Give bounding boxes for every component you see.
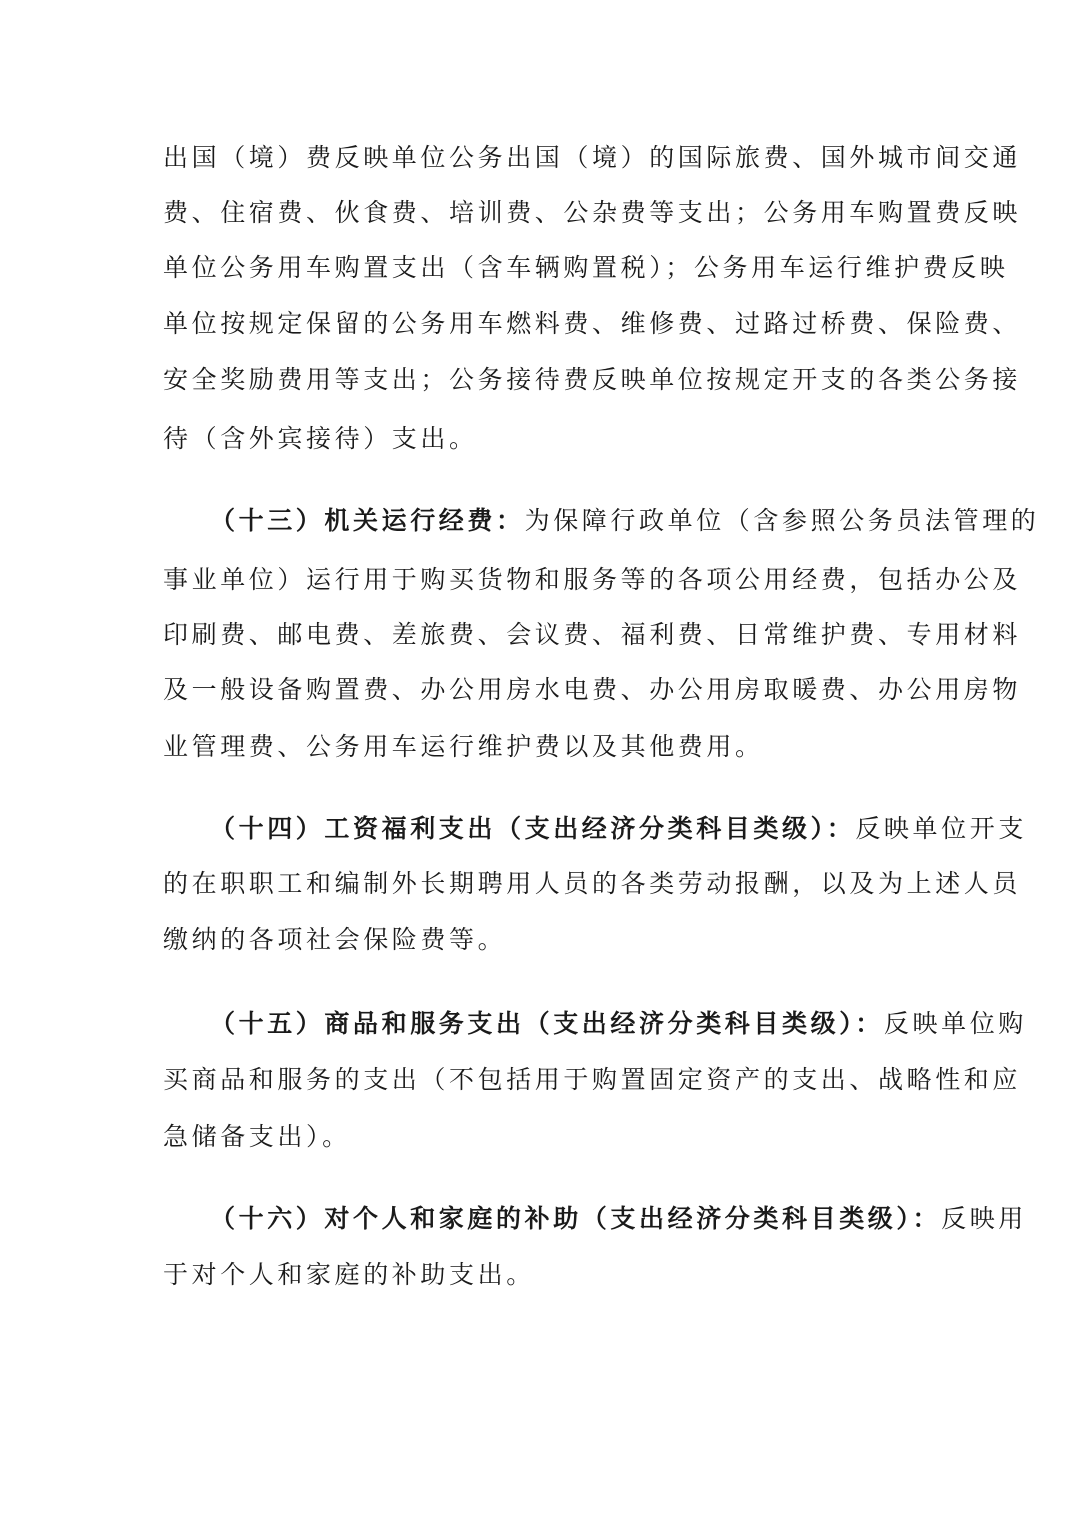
text-line: 费、住宿费、伙食费、培训费、公杂费等支出；公务用车购置费反映 <box>163 193 903 233</box>
text-line: 印刷费、邮电费、差旅费、会议费、福利费、日常维护费、专用材料 <box>163 615 903 655</box>
text-line: 待（含外宾接待）支出。 <box>163 419 903 459</box>
text-line: 买商品和服务的支出（不包括用于购置固定资产的支出、战略性和应 <box>163 1060 903 1100</box>
section-heading: （十五）商品和服务支出（支出经济分类科目类级）： <box>210 1009 884 1038</box>
text-line: 于对个人和家庭的补助支出。 <box>163 1255 903 1295</box>
section-heading: （十三）机关运行经费： <box>210 506 525 535</box>
text-line: 的在职职工和编制外长期聘用人员的各类劳动报酬，以及为上述人员 <box>163 864 903 904</box>
text-line: 事业单位）运行用于购买货物和服务等的各项公用经费，包括办公及 <box>163 560 903 600</box>
section-heading: （十四）工资福利支出（支出经济分类科目类级）： <box>210 814 855 843</box>
text-line: 急储备支出）。 <box>163 1117 903 1157</box>
section-heading-line: （十六）对个人和家庭的补助（支出经济分类科目类级）：反映用 <box>210 1199 950 1239</box>
section-text: 反映单位开支 <box>855 814 1027 843</box>
section-heading-line: （十五）商品和服务支出（支出经济分类科目类级）：反映单位购 <box>210 1004 950 1044</box>
section-text: 反映单位购 <box>884 1009 1027 1038</box>
text-line: 安全奖励费用等支出；公务接待费反映单位按规定开支的各类公务接 <box>163 360 903 400</box>
text-line: 单位按规定保留的公务用车燃料费、维修费、过路过桥费、保险费、 <box>163 304 903 344</box>
text-line: 业管理费、公务用车运行维护费以及其他费用。 <box>163 727 903 767</box>
section-heading: （十六）对个人和家庭的补助（支出经济分类科目类级）： <box>210 1204 941 1233</box>
section-text: 为保障行政单位（含参照公务员法管理的 <box>525 506 1040 535</box>
text-line: 缴纳的各项社会保险费等。 <box>163 920 903 960</box>
text-line: 出国（境）费反映单位公务出国（境）的国际旅费、国外城市间交通 <box>163 138 903 178</box>
section-text: 反映用 <box>941 1204 1027 1233</box>
document-page: 出国（境）费反映单位公务出国（境）的国际旅费、国外城市间交通 费、住宿费、伙食费… <box>0 0 1075 1520</box>
section-heading-line: （十四）工资福利支出（支出经济分类科目类级）：反映单位开支 <box>210 809 950 849</box>
section-heading-line: （十三）机关运行经费：为保障行政单位（含参照公务员法管理的 <box>210 501 950 541</box>
text-line: 及一般设备购置费、办公用房水电费、办公用房取暖费、办公用房物 <box>163 670 903 710</box>
text-line: 单位公务用车购置支出（含车辆购置税）；公务用车运行维护费反映 <box>163 248 903 288</box>
